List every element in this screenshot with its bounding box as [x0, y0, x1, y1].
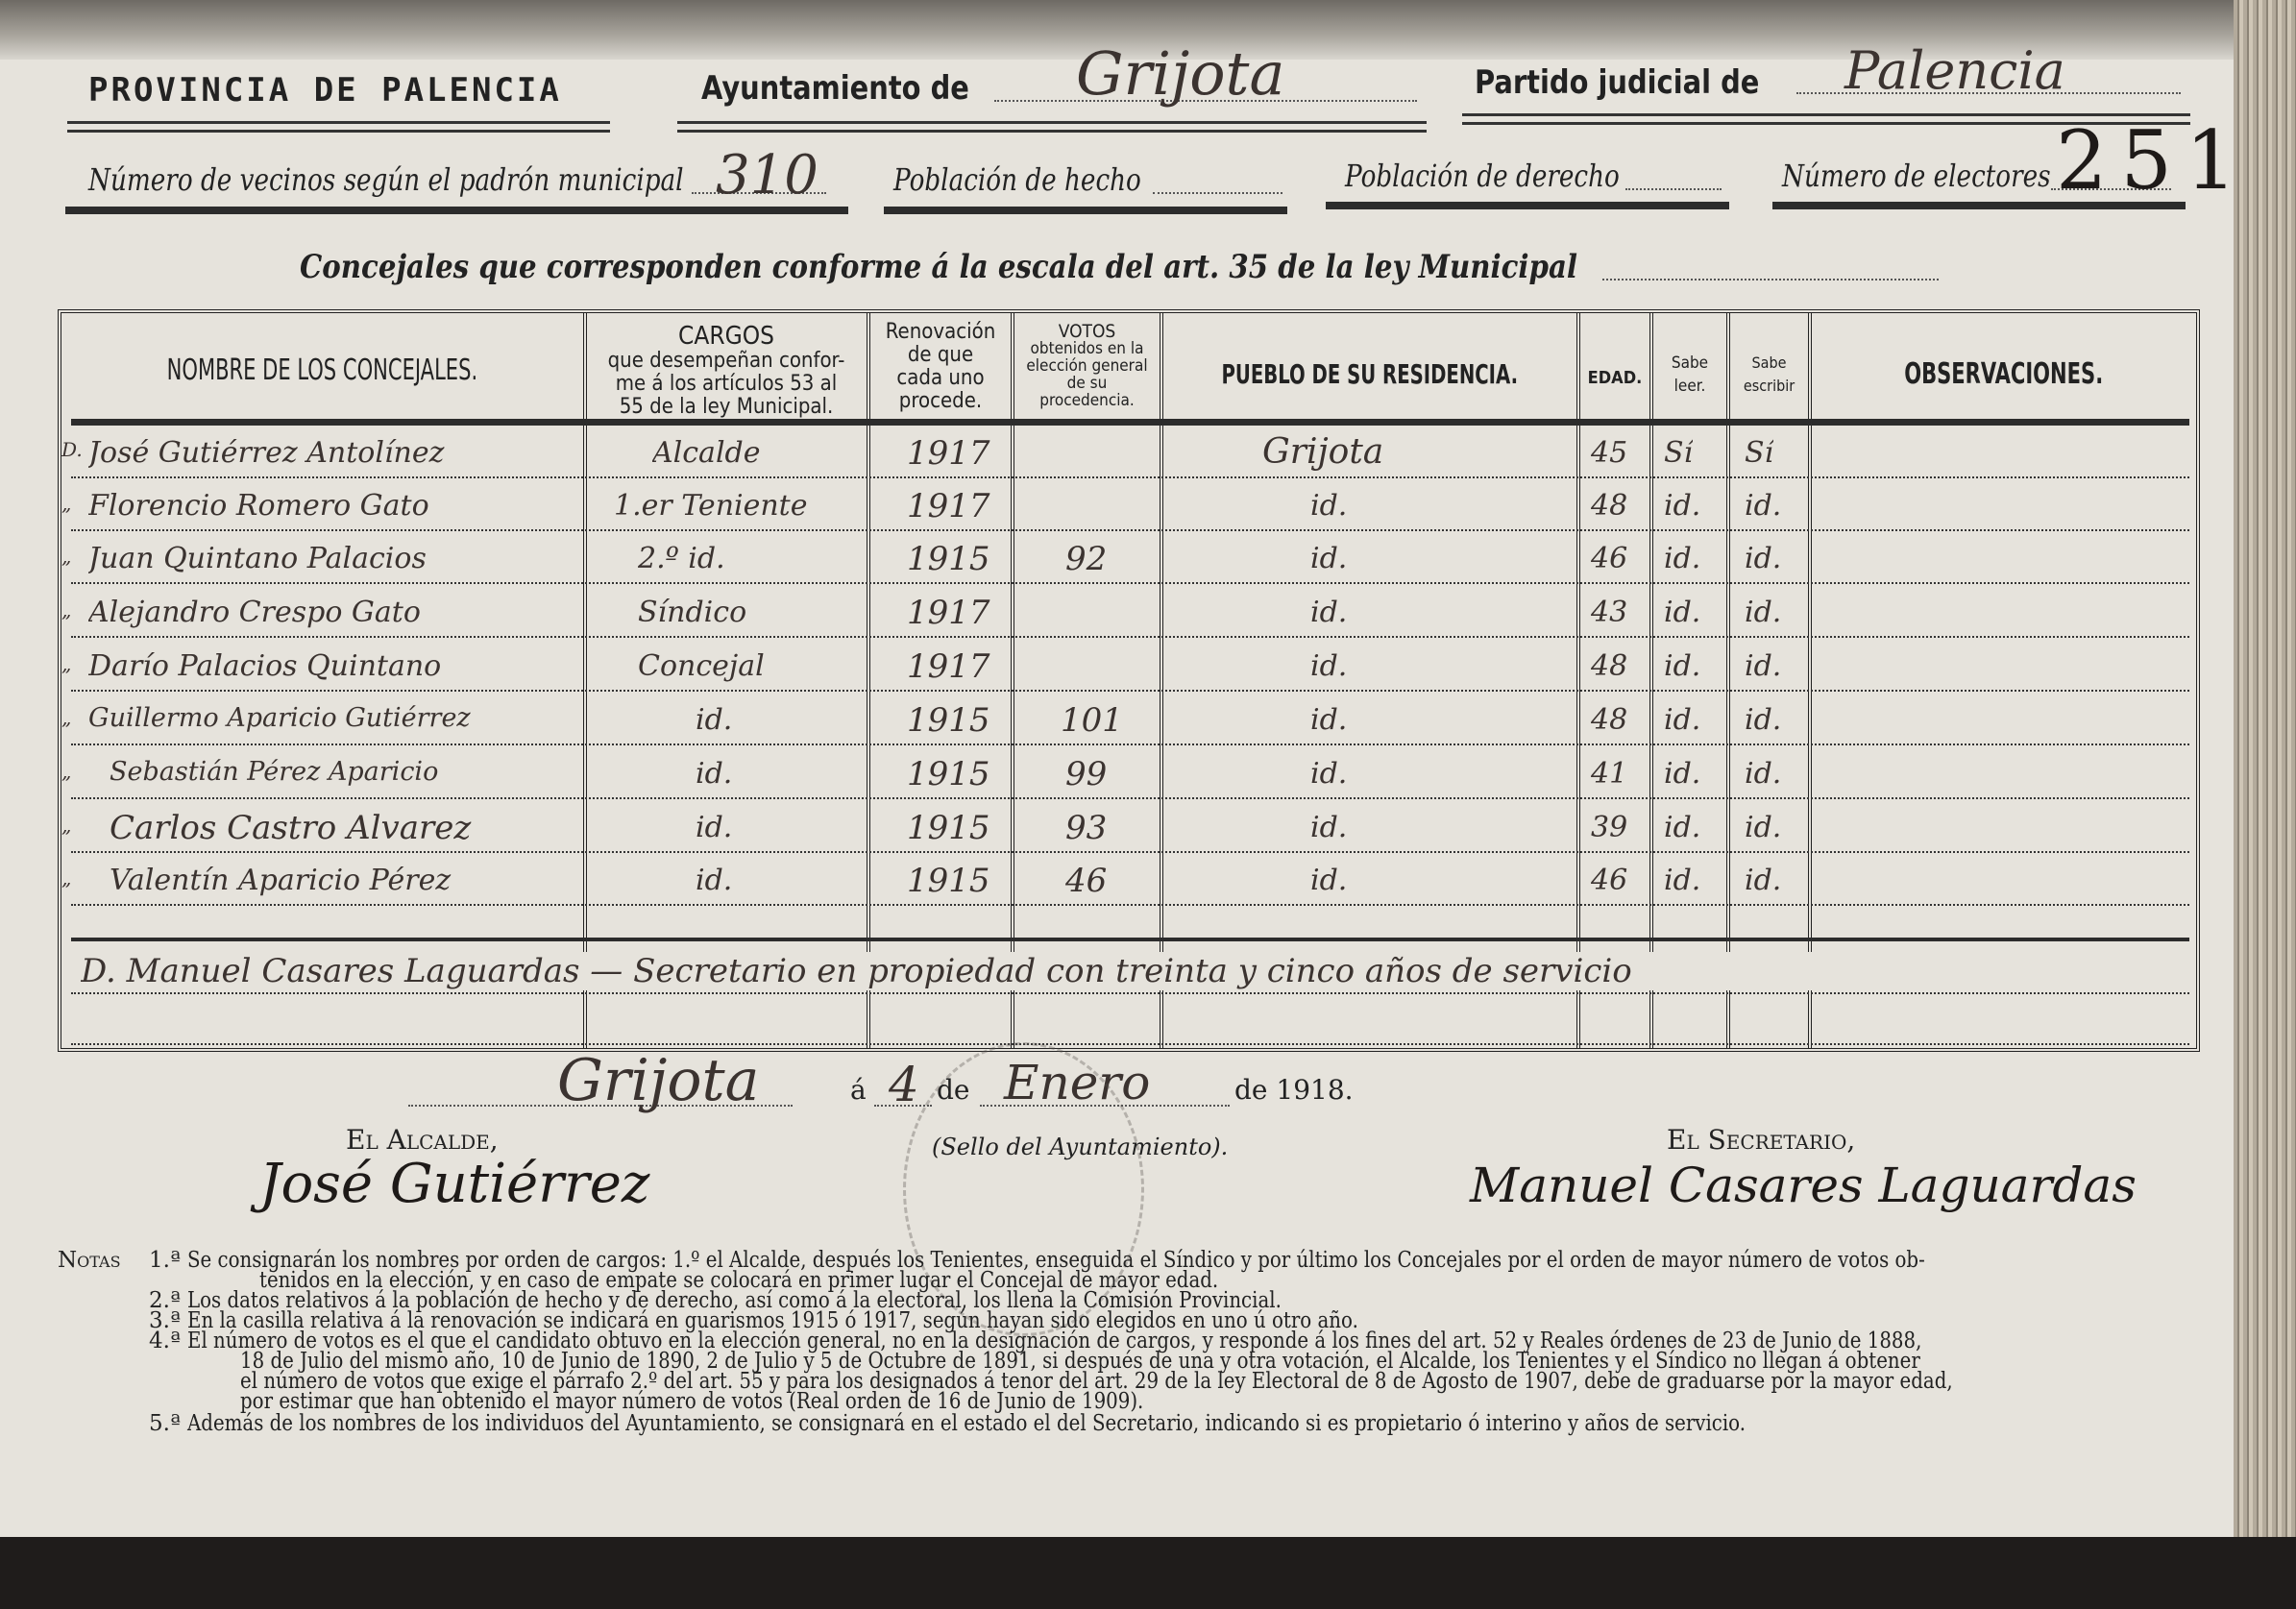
row-prefix: „: [61, 492, 71, 515]
cell-escribir: id.: [1745, 864, 1781, 897]
cell-renovacion: 1917: [907, 434, 990, 473]
header-divider: [71, 419, 2189, 426]
header-pueblo: PUEBLO DE SU RESIDENCIA.: [1163, 363, 1576, 389]
cell-escribir: id.: [1745, 649, 1781, 683]
electores-value: 251: [2056, 113, 2250, 207]
cell-nombre: Valentín Aparicio Pérez: [110, 864, 580, 897]
row-line: [71, 797, 2189, 799]
cell-escribir: id.: [1745, 489, 1781, 523]
cell-renovacion: 1915: [907, 701, 990, 740]
cell-leer: id.: [1664, 703, 1700, 737]
note-number: 5.ª: [149, 1414, 181, 1434]
cell-leer: id.: [1664, 757, 1700, 791]
cell-pueblo: id.: [1310, 542, 1347, 575]
secretary-row: D. Manuel Casares Laguardas — Secretario…: [81, 952, 2010, 990]
cell-escribir: id.: [1745, 757, 1781, 791]
cell-edad: 48: [1591, 703, 1627, 737]
partido-label: Partido judicial de: [1475, 63, 1759, 102]
derecho-field: [1625, 188, 1722, 190]
book-page-edges: [2234, 0, 2296, 1609]
cell-renovacion: 1917: [907, 647, 990, 686]
note-number: 4.ª: [149, 1331, 181, 1352]
cell-renovacion: 1915: [907, 755, 990, 793]
header-cargos: CARGOS que desempeñan confor- me á los a…: [587, 323, 866, 419]
cell-escribir: id.: [1745, 596, 1781, 629]
cell-edad: 43: [1591, 596, 1627, 629]
row-prefix: „: [61, 866, 71, 890]
hecho-field: [1153, 192, 1282, 194]
alcalde-signature: José Gutiérrez: [259, 1153, 649, 1215]
cell-edad: 48: [1591, 489, 1627, 523]
cell-votos: 46: [1065, 862, 1107, 900]
header-leer: Sabeleer.: [1653, 352, 1726, 398]
row-prefix: „: [61, 814, 71, 837]
cell-cargo: id.: [696, 864, 732, 897]
header-observaciones: OBSERVACIONES.: [1812, 363, 2196, 389]
cell-cargo: id.: [696, 811, 732, 844]
secretario-label: El Secretario,: [1667, 1124, 1855, 1156]
cell-renovacion: 1917: [907, 487, 990, 525]
header-votos: VOTOS obtenidos en laelección generalde …: [1014, 323, 1160, 409]
derecho-label: Población de derecho: [1345, 158, 1620, 194]
row-prefix: „: [61, 706, 71, 729]
cell-pueblo: id.: [1310, 489, 1347, 523]
cell-nombre: Guillermo Aparicio Gutiérrez: [88, 703, 578, 733]
cell-cargo: id.: [696, 703, 732, 737]
cell-pueblo: id.: [1310, 649, 1347, 683]
row-line: [71, 529, 2189, 531]
date-day: 4: [889, 1057, 919, 1112]
cell-leer: id.: [1664, 649, 1700, 683]
cell-pueblo: id.: [1310, 864, 1347, 897]
cell-escribir: Sí: [1745, 436, 1773, 470]
cell-cargo: id.: [696, 757, 732, 791]
cell-escribir: id.: [1745, 542, 1781, 575]
cell-nombre: Juan Quintano Palacios: [88, 542, 578, 575]
row-line: [71, 851, 2189, 853]
row-line: [71, 992, 2189, 994]
notes-label: Notas: [58, 1251, 121, 1271]
cell-nombre: Florencio Romero Gato: [88, 489, 578, 523]
cell-leer: id.: [1664, 542, 1700, 575]
cell-nombre: Alejandro Crespo Gato: [88, 596, 578, 629]
cell-cargo: 1.er Teniente: [614, 489, 808, 523]
row-prefix: „: [61, 545, 71, 568]
cell-pueblo: id.: [1310, 757, 1347, 791]
header-escribir: Sabeescribir: [1730, 352, 1808, 398]
cell-cargo: Alcalde: [652, 436, 761, 470]
cell-renovacion: 1917: [907, 594, 990, 632]
cell-votos: 92: [1065, 540, 1107, 578]
cell-pueblo: id.: [1310, 703, 1347, 737]
header-renovacion: Renovaciónde quecada unoprocede.: [870, 321, 1011, 413]
cell-cargo: 2.º id.: [638, 542, 725, 575]
row-line: [71, 744, 2189, 745]
cell-edad: 48: [1591, 649, 1627, 683]
ayuntamiento-label: Ayuntamiento de: [701, 69, 969, 108]
cell-leer: id.: [1664, 489, 1700, 523]
header-edad: EDAD.: [1580, 367, 1649, 390]
cell-renovacion: 1915: [907, 862, 990, 900]
cell-cargo: Concejal: [638, 649, 765, 683]
concejales-heading: Concejales que corresponden conforme á l…: [300, 248, 1577, 286]
seal-label: (Sello del Ayuntamiento).: [932, 1134, 1228, 1160]
cell-leer: Sí: [1664, 436, 1693, 470]
cell-leer: id.: [1664, 596, 1700, 629]
cell-votos: 93: [1065, 809, 1107, 847]
cell-leer: id.: [1664, 864, 1700, 897]
row-prefix: „: [61, 760, 71, 783]
row-line: [71, 690, 2189, 692]
cell-votos: 99: [1065, 755, 1107, 793]
cell-votos: 101: [1061, 701, 1123, 740]
row-line: [71, 476, 2189, 478]
divider: [677, 121, 1427, 133]
divider: [1772, 202, 2186, 209]
hecho-label: Población de hecho: [893, 161, 1141, 198]
divider: [65, 207, 848, 214]
note-number: 1.ª: [149, 1251, 181, 1271]
vecinos-value: 310: [716, 144, 818, 207]
cell-escribir: id.: [1745, 703, 1781, 737]
row-prefix: D.: [61, 438, 83, 461]
row-line: [71, 904, 2189, 906]
divider: [1326, 202, 1729, 209]
note-text: Además de los nombres de los individuos …: [187, 1414, 1746, 1434]
row-prefix: „: [61, 652, 71, 675]
row-line: [71, 938, 2189, 941]
date-place: Grijota: [557, 1047, 759, 1114]
cell-edad: 39: [1591, 811, 1627, 844]
row-line: [71, 582, 2189, 584]
cell-nombre: Carlos Castro Alvarez: [110, 809, 580, 847]
cell-leer: id.: [1664, 811, 1700, 844]
cell-edad: 45: [1591, 436, 1627, 470]
cell-nombre: Sebastián Pérez Aparicio: [110, 757, 580, 787]
cell-edad: 41: [1591, 757, 1627, 791]
row-line: [71, 1043, 2189, 1045]
electores-label: Número de electores: [1782, 158, 2051, 194]
divider: [67, 121, 610, 133]
concejales-field: [1602, 279, 1939, 280]
divider: [884, 207, 1287, 214]
cell-nombre: Darío Palacios Quintano: [88, 649, 578, 683]
cell-edad: 46: [1591, 864, 1627, 897]
ayuntamiento-value: Grijota: [1076, 38, 1284, 109]
alcalde-label: El Alcalde,: [346, 1124, 499, 1156]
cell-nombre: José Gutiérrez Antolínez: [88, 436, 578, 470]
cell-cargo: Síndico: [638, 596, 746, 629]
cell-renovacion: 1915: [907, 540, 990, 578]
cell-pueblo: Grijota: [1262, 432, 1383, 472]
row-prefix: „: [61, 598, 71, 622]
cell-renovacion: 1915: [907, 809, 990, 847]
date-year: de 1918.: [1234, 1074, 1354, 1106]
cell-pueblo: id.: [1310, 596, 1347, 629]
cell-escribir: id.: [1745, 811, 1781, 844]
vecinos-label: Número de vecinos según el padrón munici…: [88, 161, 684, 198]
partido-value: Palencia: [1844, 40, 2065, 101]
header-nombre: NOMBRE DE LOS CONCEJALES.: [61, 359, 583, 385]
concejales-table: NOMBRE DE LOS CONCEJALES. CARGOS que des…: [58, 309, 2200, 1052]
note-text: por estimar que han obtenido el mayor nú…: [240, 1392, 1143, 1412]
cell-edad: 46: [1591, 542, 1627, 575]
row-line: [71, 636, 2189, 638]
background-surface: [0, 1537, 2296, 1609]
date-a: á: [850, 1074, 867, 1106]
secretario-signature: Manuel Casares Laguardas: [1470, 1158, 2137, 1213]
cell-pueblo: id.: [1310, 811, 1347, 844]
province-title: PROVINCIA DE PALENCIA: [88, 71, 562, 110]
